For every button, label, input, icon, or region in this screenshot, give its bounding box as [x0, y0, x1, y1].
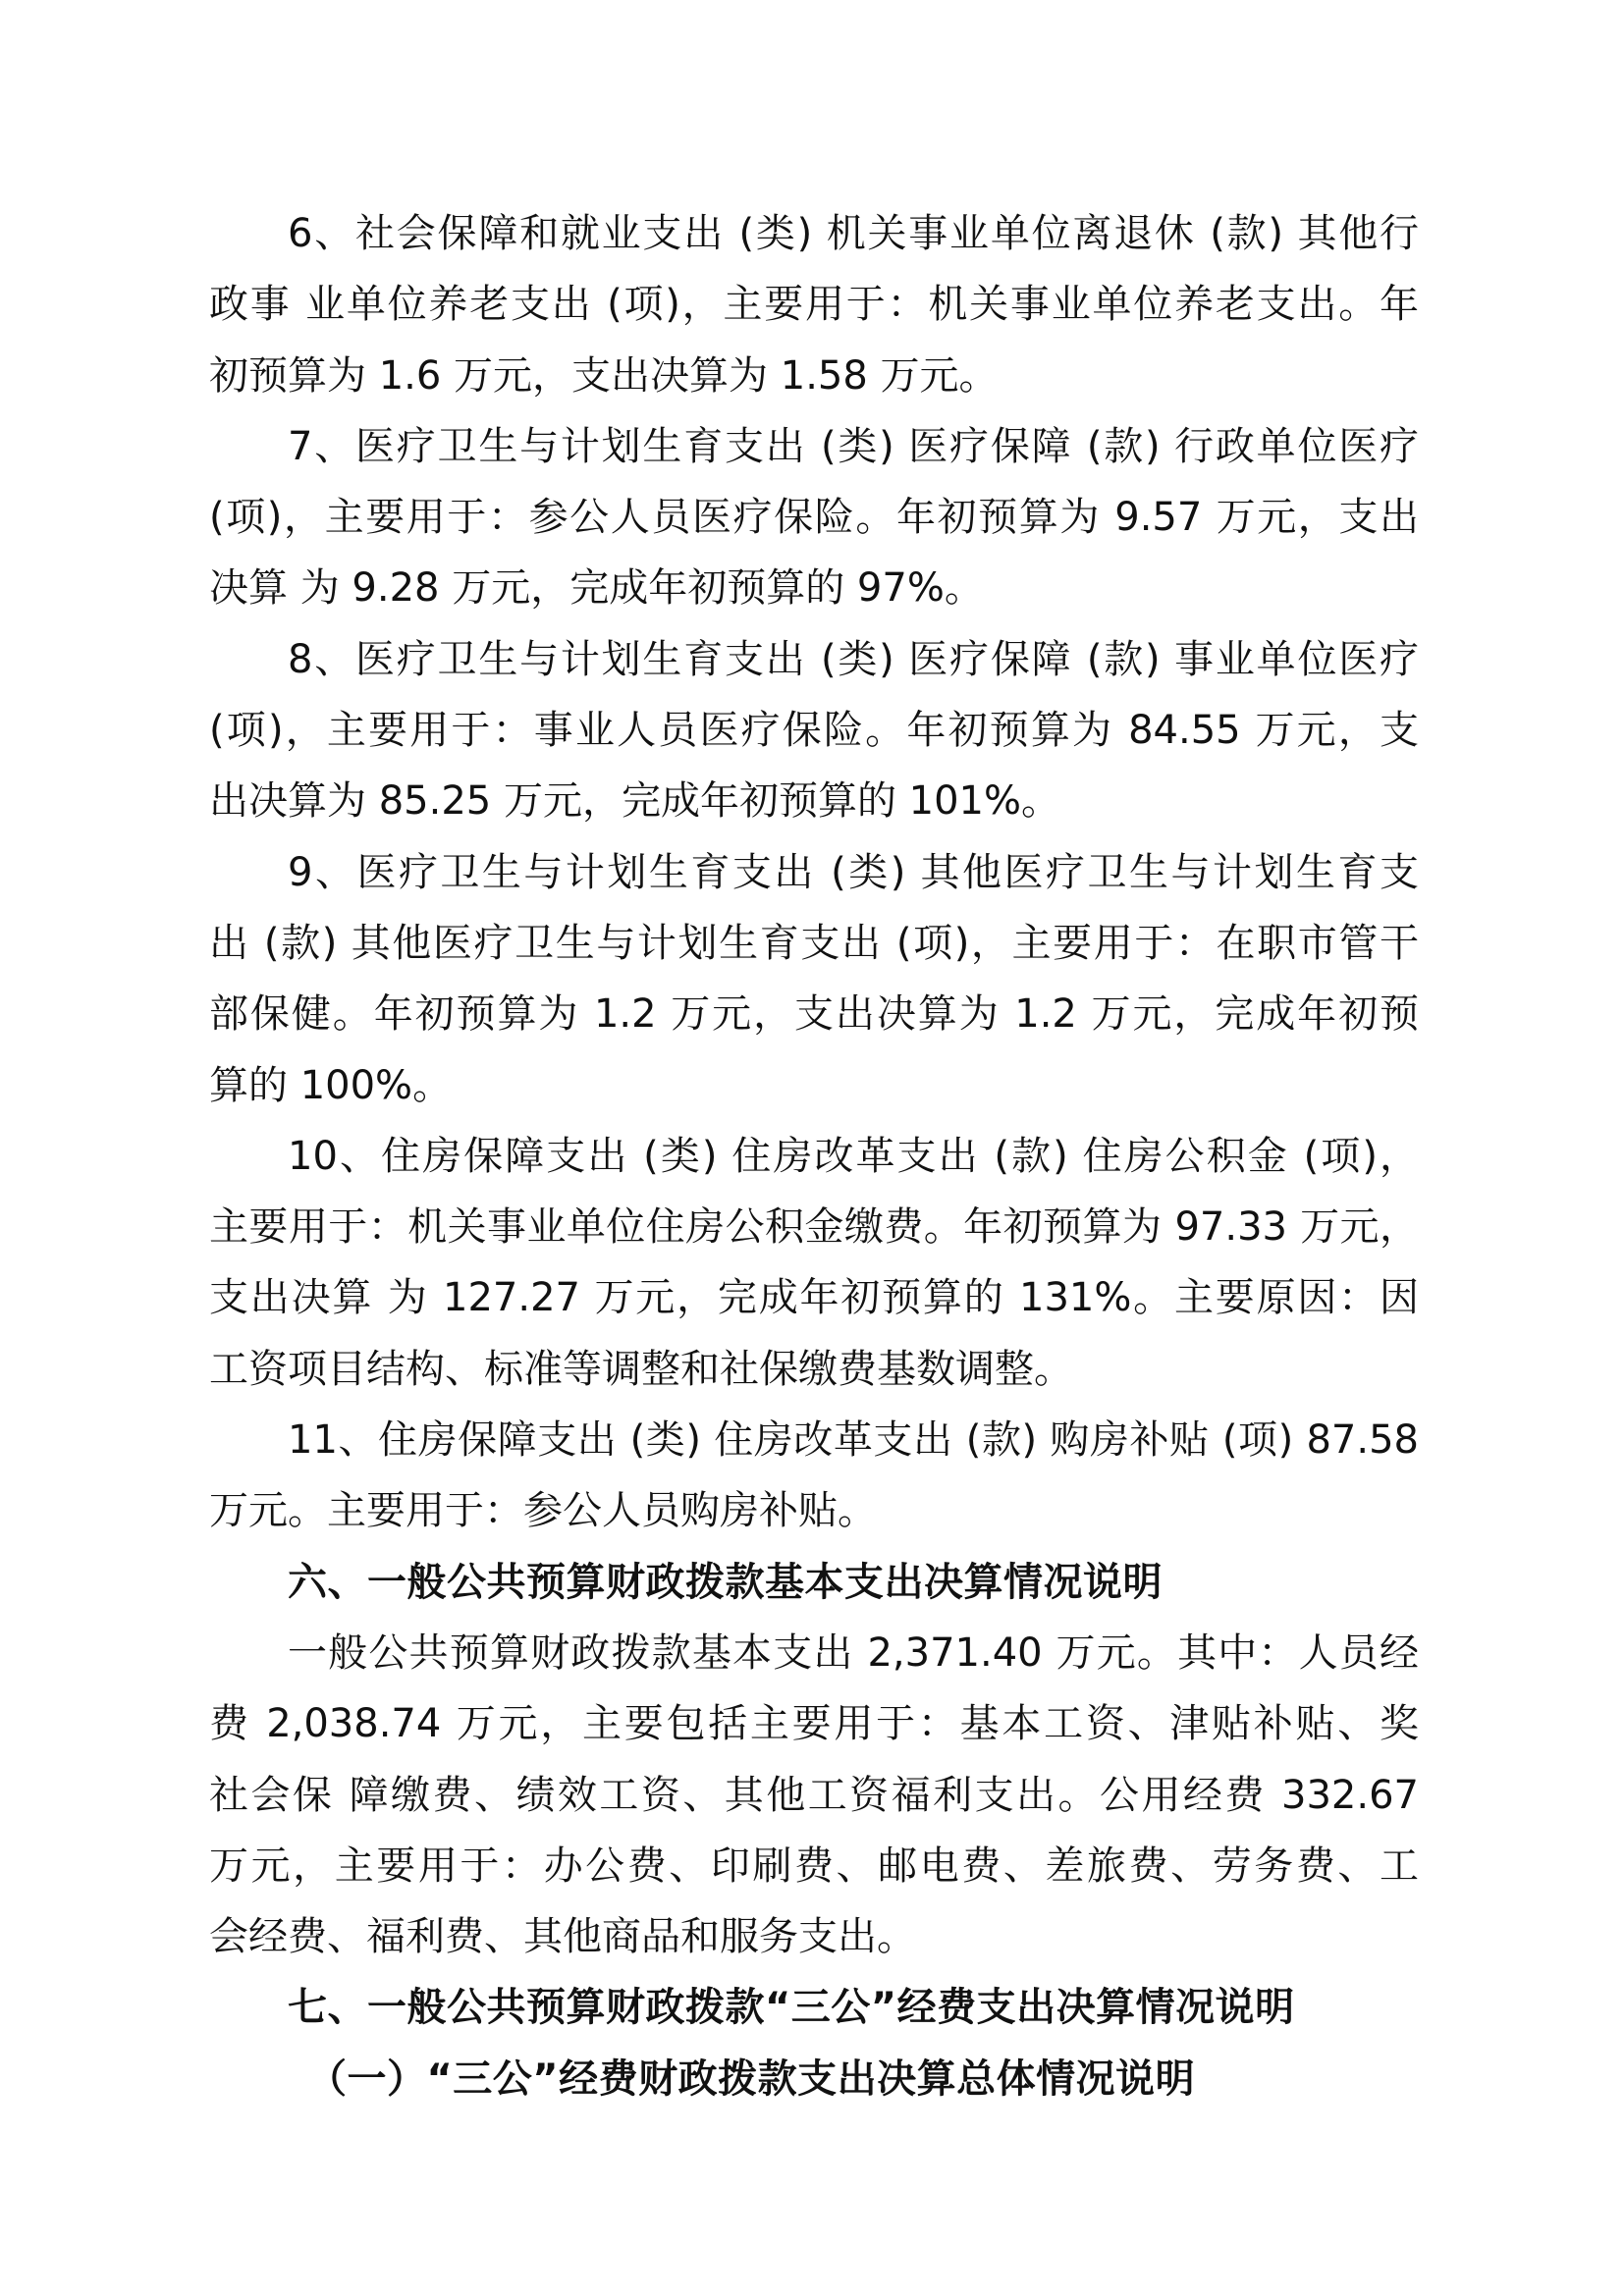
paragraph-item-8: 8、医疗卫生与计划生育支出 (类) 医疗保障 (款) 事业单位医疗 (项)，主要…	[209, 628, 1419, 841]
paragraph-line: 主要用于：机关事业单位住房公积金缴费。年初预算为 97.33 万元，	[209, 1196, 1419, 1266]
paragraph-item-6: 6、社会保障和就业支出 (类) 机关事业单位离退休 (款) 其他行 政事 业单位…	[209, 202, 1419, 415]
paragraph-line: 10、住房保障支出 (类) 住房改革支出 (款) 住房公积金 (项)，	[209, 1125, 1419, 1196]
paragraph-line: 出决算为 85.25 万元，完成年初预算的 101%。	[209, 770, 1419, 840]
paragraph-line: 一般公共预算财政拨款基本支出 2,371.40 万元。其中：人员经	[209, 1622, 1419, 1692]
section-subheading: （一）“三公”经费财政拨款支出决算总体情况说明	[209, 2048, 1419, 2118]
paragraph-line: 11、住房保障支出 (类) 住房改革支出 (款) 购房补贴 (项) 87.58	[209, 1409, 1419, 1479]
paragraph-line: 会经费、福利费、其他商品和服务支出。	[209, 1905, 1419, 1976]
paragraph-line: 8、医疗卫生与计划生育支出 (类) 医疗保障 (款) 事业单位医疗	[209, 628, 1419, 699]
section-7: 七、一般公共预算财政拨款“三公”经费支出决算情况说明 （一）“三公”经费财政拨款…	[209, 1976, 1419, 2118]
paragraph-line: 工资项目结构、标准等调整和社保缴费基数调整。	[209, 1338, 1419, 1409]
section-heading: 七、一般公共预算财政拨款“三公”经费支出决算情况说明	[209, 1976, 1419, 2047]
paragraph-item-9: 9、医疗卫生与计划生育支出 (类) 其他医疗卫生与计划生育支 出 (款) 其他医…	[209, 841, 1419, 1125]
paragraph-line: 部保健。年初预算为 1.2 万元，支出决算为 1.2 万元，完成年初预	[209, 983, 1419, 1053]
section-6: 六、一般公共预算财政拨款基本支出决算情况说明 一般公共预算财政拨款基本支出 2,…	[209, 1551, 1419, 1977]
paragraph-item-7: 7、医疗卫生与计划生育支出 (类) 医疗保障 (款) 行政单位医疗 (项)，主要…	[209, 415, 1419, 628]
paragraph-line: 社会保 障缴费、绩效工资、其他工资福利支出。公用经费 332.67	[209, 1764, 1419, 1835]
paragraph-line: 初预算为 1.6 万元，支出决算为 1.58 万元。	[209, 345, 1419, 415]
paragraph-line: 6、社会保障和就业支出 (类) 机关事业单位离退休 (款) 其他行	[209, 202, 1419, 273]
paragraph-line: 9、医疗卫生与计划生育支出 (类) 其他医疗卫生与计划生育支	[209, 841, 1419, 912]
paragraph-item-11: 11、住房保障支出 (类) 住房改革支出 (款) 购房补贴 (项) 87.58 …	[209, 1409, 1419, 1551]
paragraph-line: 出 (款) 其他医疗卫生与计划生育支出 (项)，主要用于：在职市管干	[209, 912, 1419, 983]
paragraph-line: 7、医疗卫生与计划生育支出 (类) 医疗保障 (款) 行政单位医疗	[209, 415, 1419, 486]
document-body: 6、社会保障和就业支出 (类) 机关事业单位离退休 (款) 其他行 政事 业单位…	[209, 202, 1419, 2118]
document-page: 6、社会保障和就业支出 (类) 机关事业单位离退休 (款) 其他行 政事 业单位…	[0, 0, 1624, 2296]
paragraph-item-10: 10、住房保障支出 (类) 住房改革支出 (款) 住房公积金 (项)， 主要用于…	[209, 1125, 1419, 1409]
paragraph-line: 费 2,038.74 万元，主要包括主要用于：基本工资、津贴补贴、奖金、	[209, 1692, 1419, 1763]
paragraph-line: 决算 为 9.28 万元，完成年初预算的 97%。	[209, 557, 1419, 627]
section-heading: 六、一般公共预算财政拨款基本支出决算情况说明	[209, 1551, 1419, 1622]
paragraph-line: 万元。主要用于：参公人员购房补贴。	[209, 1479, 1419, 1550]
paragraph-line: 万元，主要用于：办公费、印刷费、邮电费、差旅费、劳务费、工	[209, 1835, 1419, 1905]
paragraph-line: 政事 业单位养老支出 (项)，主要用于：机关事业单位养老支出。年	[209, 273, 1419, 344]
paragraph-line: (项)，主要用于：事业人员医疗保险。年初预算为 84.55 万元，支	[209, 699, 1419, 770]
paragraph-line: (项)，主要用于：参公人员医疗保险。年初预算为 9.57 万元，支出	[209, 486, 1419, 557]
paragraph-line: 算的 100%。	[209, 1054, 1419, 1125]
paragraph-line: 支出决算 为 127.27 万元，完成年初预算的 131%。主要原因：因	[209, 1266, 1419, 1337]
